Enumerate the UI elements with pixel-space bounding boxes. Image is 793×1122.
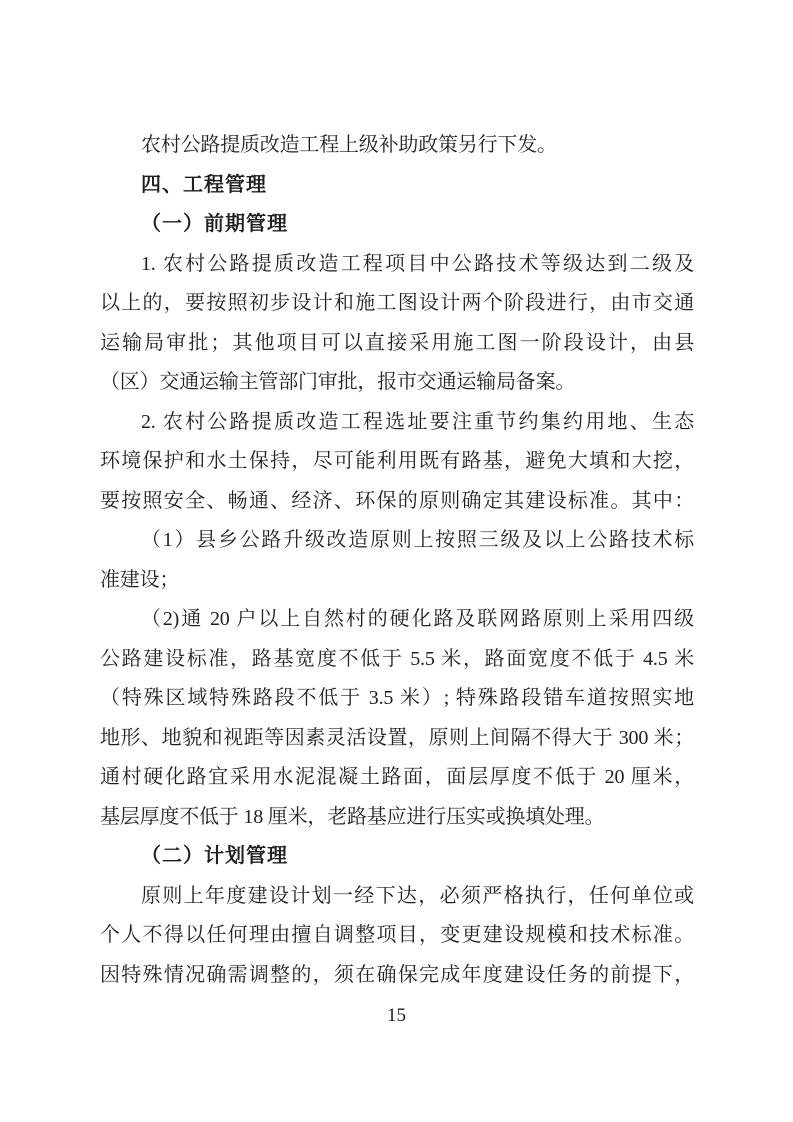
page-number: 15 <box>0 1002 793 1030</box>
paragraph-line: 个人不得以任何理由擅自调整项目，变更建设规模和技术标准。 <box>100 916 694 956</box>
paragraph-line: （区）交通运输主管部门审批，报市交通运输局备案。 <box>100 363 694 403</box>
paragraph-line: （2)通 20 户以上自然村的硬化路及联网路原则上采用四级 <box>100 600 694 640</box>
document-body: 农村公路提质改造工程上级补助政策另行下发。 四、工程管理 （一）前期管理 1. … <box>100 126 694 995</box>
document-page: 农村公路提质改造工程上级补助政策另行下发。 四、工程管理 （一）前期管理 1. … <box>0 0 793 1122</box>
paragraph-line: 环境保护和水土保持，尽可能利用既有路基，避免大填和大挖， <box>100 442 694 482</box>
paragraph-line: 2. 农村公路提质改造工程选址要注重节约集约用地、生态 <box>100 403 694 443</box>
subsection-heading: （二）计划管理 <box>100 837 694 877</box>
paragraph-line: （1）县乡公路升级改造原则上按照三级及以上公路技术标 <box>100 521 694 561</box>
paragraph-line: 因特殊情况确需调整的，须在确保完成年度建设任务的前提下， <box>100 956 694 996</box>
paragraph-line: 1. 农村公路提质改造工程项目中公路技术等级达到二级及 <box>100 245 694 285</box>
paragraph-line: 基层厚度不低于 18 厘米，老路基应进行压实或换填处理。 <box>100 798 694 838</box>
paragraph-line: 运输局审批；其他项目可以直接采用施工图一阶段设计，由县 <box>100 324 694 364</box>
section-heading: 四、工程管理 <box>100 166 694 206</box>
paragraph-line: （特殊区域特殊路段不低于 3.5 米）; 特殊路段错车道按照实地 <box>100 679 694 719</box>
subsection-heading: （一）前期管理 <box>100 205 694 245</box>
paragraph-line: 要按照安全、畅通、经济、环保的原则确定其建设标准。其中： <box>100 482 694 522</box>
paragraph-line: 以上的，要按照初步设计和施工图设计两个阶段进行，由市交通 <box>100 284 694 324</box>
paragraph-line: 地形、地貌和视距等因素灵活设置，原则上间隔不得大于 300 米； <box>100 719 694 759</box>
paragraph-line: 准建设； <box>100 561 694 601</box>
paragraph-line: 公路建设标准，路基宽度不低于 5.5 米，路面宽度不低于 4.5 米 <box>100 640 694 680</box>
paragraph-line: 通村硬化路宜采用水泥混凝土路面，面层厚度不低于 20 厘米， <box>100 758 694 798</box>
paragraph-line: 原则上年度建设计划一经下达，必须严格执行，任何单位或 <box>100 877 694 917</box>
paragraph-line: 农村公路提质改造工程上级补助政策另行下发。 <box>100 126 694 166</box>
